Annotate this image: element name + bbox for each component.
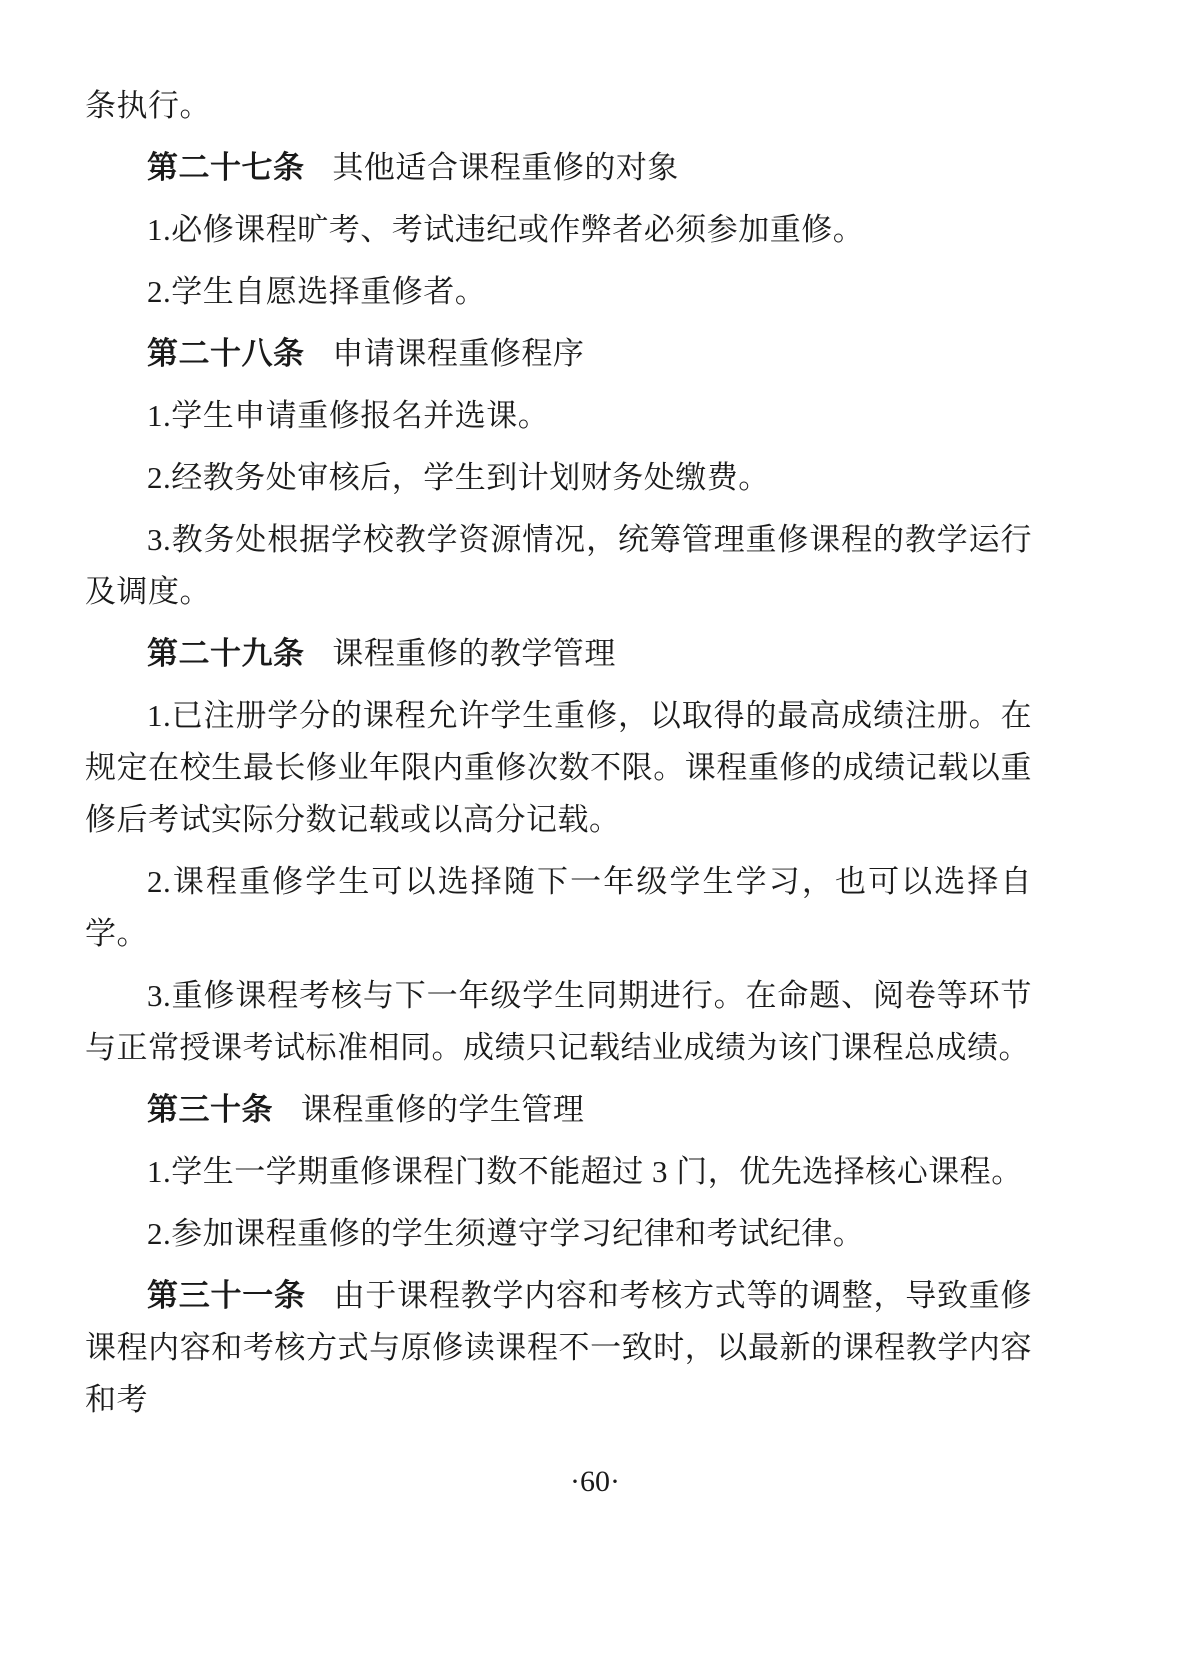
body-paragraph: 1.学生申请重修报名并选课。 bbox=[85, 390, 1032, 442]
paragraph-text: 3.重修课程考核与下一年级学生同期进行。在命题、阅卷等环节与正常授课考试标准相同… bbox=[85, 978, 1032, 1065]
paragraph-text: 1.必修课程旷考、考试违纪或作弊者必须参加重修。 bbox=[147, 212, 864, 247]
paragraph-text: 2.学生自愿选择重修者。 bbox=[147, 274, 486, 309]
article-heading: 第二十八条申请课程重修程序 bbox=[85, 328, 1032, 380]
paragraph-text: 1.学生一学期重修课程门数不能超过 3 门，优先选择核心课程。 bbox=[147, 1154, 1023, 1189]
body-paragraph: 3.重修课程考核与下一年级学生同期进行。在命题、阅卷等环节与正常授课考试标准相同… bbox=[85, 970, 1032, 1074]
article-heading: 第三十一条由于课程教学内容和考核方式等的调整，导致重修课程内容和考核方式与原修读… bbox=[85, 1270, 1032, 1426]
body-paragraph: 2.学生自愿选择重修者。 bbox=[85, 266, 1032, 318]
paragraph-text: 2.经教务处审核后，学生到计划财务处缴费。 bbox=[147, 460, 770, 495]
article-title: 其他适合课程重修的对象 bbox=[332, 150, 679, 185]
article-heading: 第二十九条课程重修的教学管理 bbox=[85, 628, 1032, 680]
body-paragraph: 2.经教务处审核后，学生到计划财务处缴费。 bbox=[85, 452, 1032, 504]
article-number: 第三十条 bbox=[147, 1092, 273, 1127]
continued-paragraph: 条执行。 bbox=[85, 80, 1032, 132]
paragraph-text: 条执行。 bbox=[85, 88, 211, 123]
page-number: ·60· bbox=[0, 1462, 1190, 1502]
article-number: 第二十七条 bbox=[147, 150, 305, 185]
paragraph-text: 2.参加课程重修的学生须遵守学习纪律和考试纪律。 bbox=[147, 1216, 864, 1251]
body-paragraph: 3.教务处根据学校教学资源情况，统筹管理重修课程的教学运行及调度。 bbox=[85, 514, 1032, 618]
body-paragraph: 1.已注册学分的课程允许学生重修，以取得的最高成绩注册。在规定在校生最长修业年限… bbox=[85, 690, 1032, 846]
paragraph-text: 2.课程重修学生可以选择随下一年级学生学习，也可以选择自学。 bbox=[85, 864, 1032, 951]
article-heading: 第二十七条其他适合课程重修的对象 bbox=[85, 142, 1032, 194]
article-heading: 第三十条课程重修的学生管理 bbox=[85, 1084, 1032, 1136]
article-number: 第三十一条 bbox=[147, 1278, 306, 1313]
body-paragraph: 2.课程重修学生可以选择随下一年级学生学习，也可以选择自学。 bbox=[85, 856, 1032, 960]
paragraph-text: 3.教务处根据学校教学资源情况，统筹管理重修课程的教学运行及调度。 bbox=[85, 522, 1032, 609]
article-title: 课程重修的教学管理 bbox=[332, 636, 616, 671]
body-paragraph: 1.必修课程旷考、考试违纪或作弊者必须参加重修。 bbox=[85, 204, 1032, 256]
body-paragraph: 1.学生一学期重修课程门数不能超过 3 门，优先选择核心课程。 bbox=[85, 1146, 1032, 1198]
article-title: 申请课程重修程序 bbox=[332, 336, 584, 371]
article-number: 第二十八条 bbox=[147, 336, 305, 371]
article-title: 课程重修的学生管理 bbox=[301, 1092, 585, 1127]
paragraph-text: 1.学生申请重修报名并选课。 bbox=[147, 398, 549, 433]
paragraph-text: 1.已注册学分的课程允许学生重修，以取得的最高成绩注册。在规定在校生最长修业年限… bbox=[85, 698, 1032, 837]
body-paragraph: 2.参加课程重修的学生须遵守学习纪律和考试纪律。 bbox=[85, 1208, 1032, 1260]
article-number: 第二十九条 bbox=[147, 636, 305, 671]
document-page: 条执行。 第二十七条其他适合课程重修的对象 1.必修课程旷考、考试违纪或作弊者必… bbox=[85, 80, 1032, 1436]
